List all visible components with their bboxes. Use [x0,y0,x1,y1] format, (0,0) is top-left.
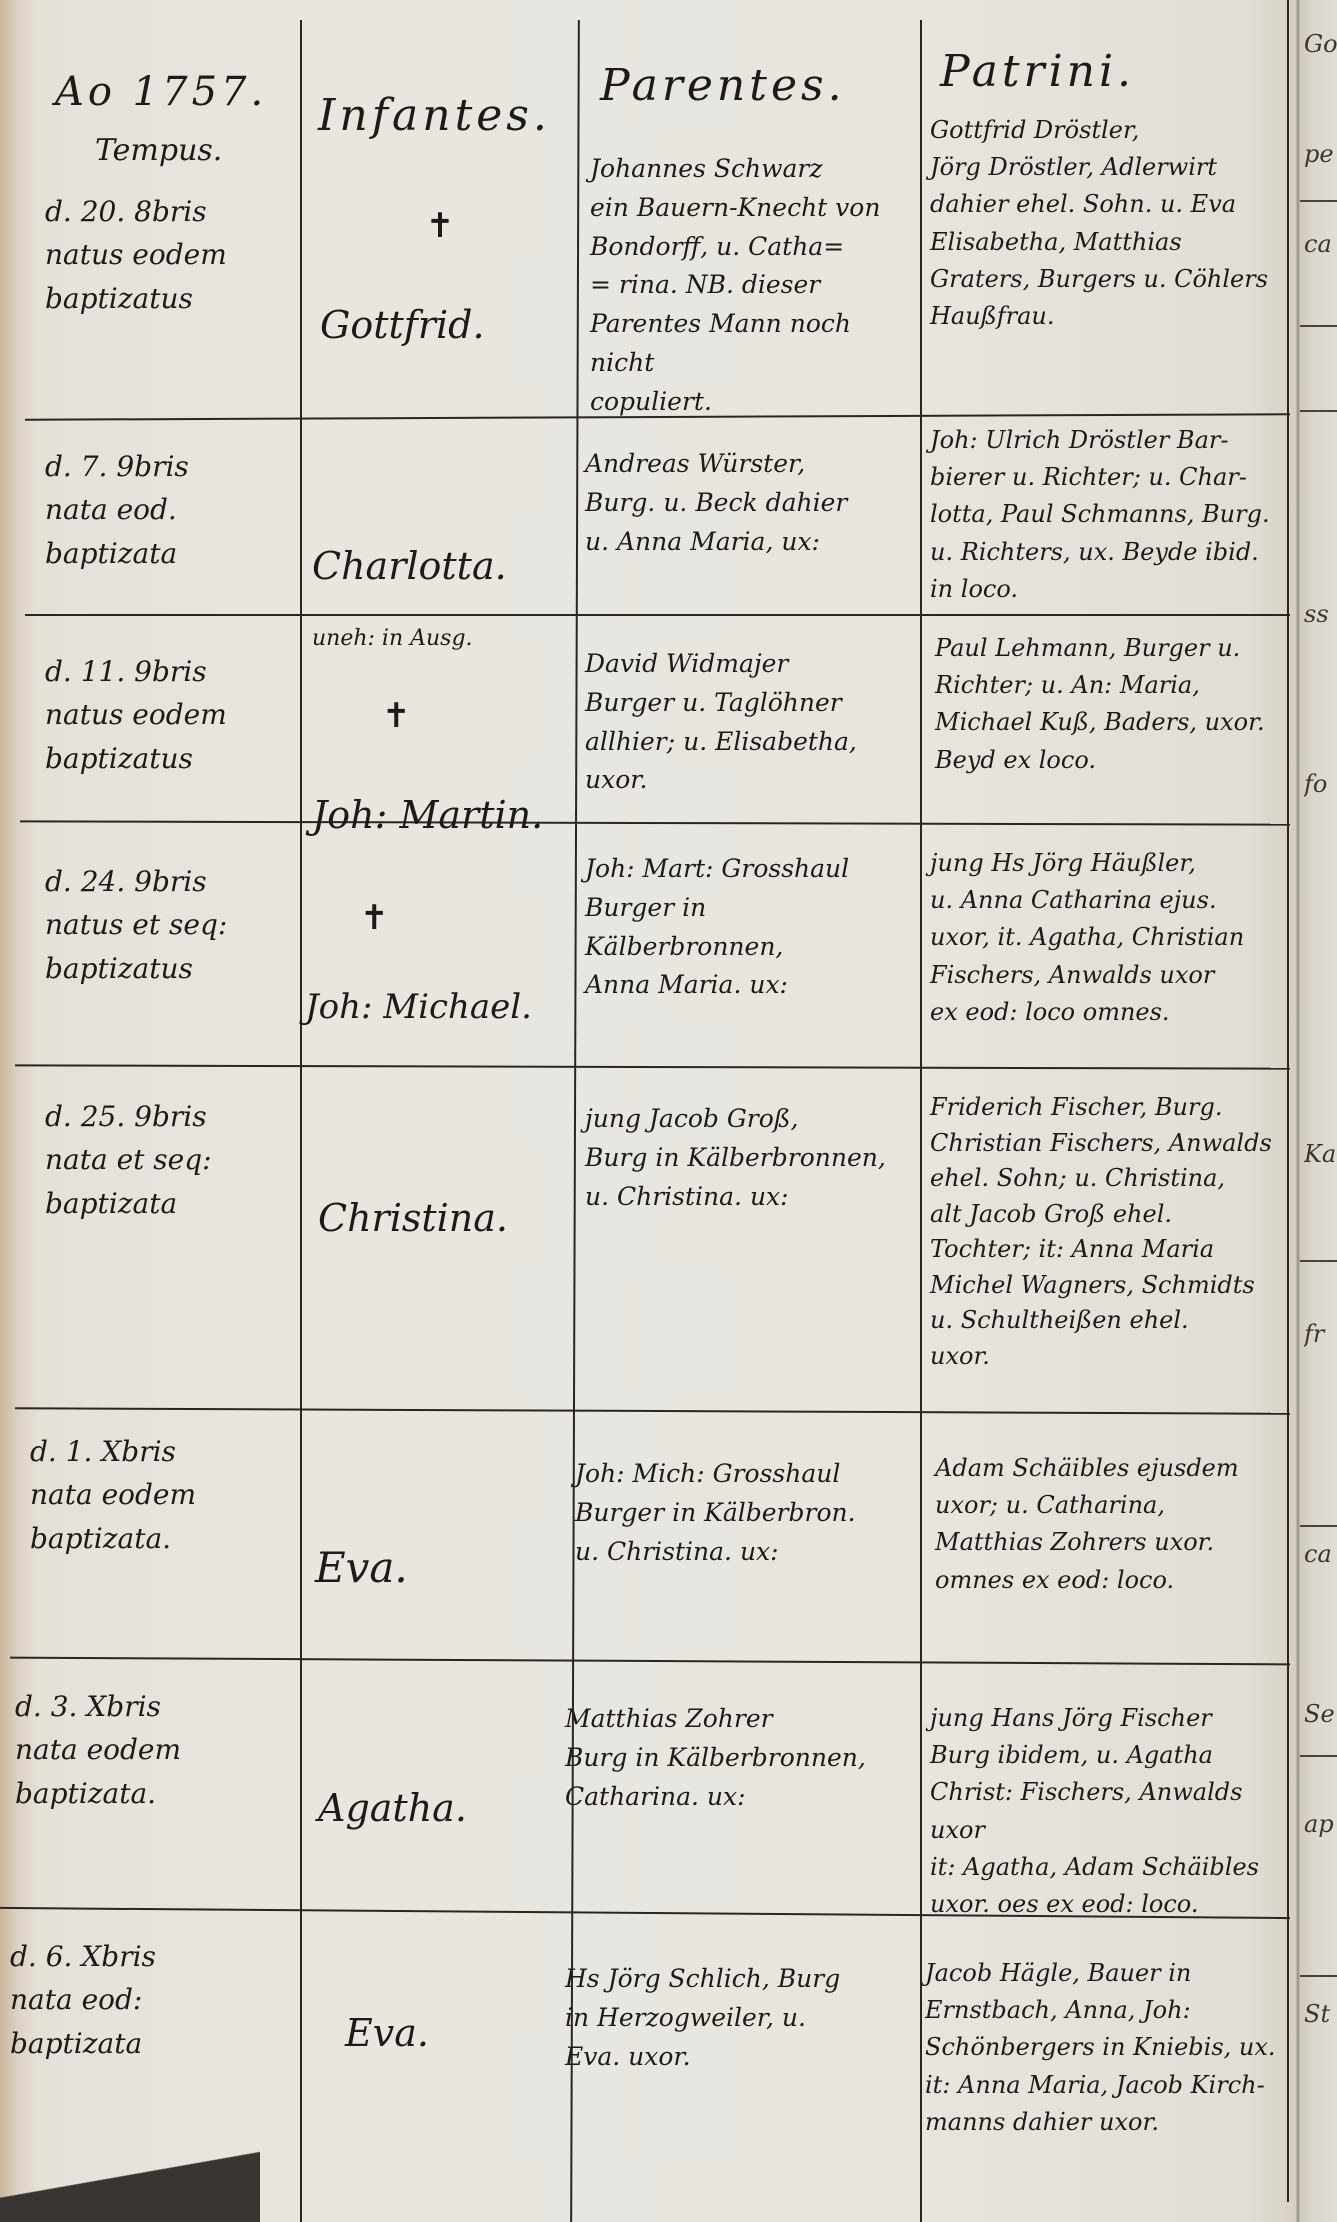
entry-7-date: d. 3. Xbris nata eodem baptizata. [15,1685,181,1815]
register-page: Ao 1757. Tempus. Infantes. Parentes. Pat… [0,0,1337,2222]
header-parentes: Parentes. [600,62,846,110]
entry-5-infant: Christina. [318,1130,568,1248]
column-rule-3 [920,20,922,2222]
entry-8-date: d. 6. Xbris nata eod: baptizata [10,1935,156,2065]
adjacent-page-fragment: ap [1304,1810,1337,1838]
adjacent-page-fragment: ss [1304,600,1337,628]
entry-8-infant-name: Eva. [345,2011,429,2055]
adjacent-page-fragment: Go [1304,30,1337,58]
entry-7-infant-name: Agatha. [318,1786,467,1830]
book-gutter [1296,0,1300,2222]
deceased-cross-icon: ✝ [320,209,560,243]
entry-6-infant: Eva. [315,1470,565,1600]
adjacent-page-fragment: ca [1304,230,1337,258]
adjacent-page-rule [1300,1525,1337,1527]
entry-5-date: d. 25. 9bris nata et seq: baptizata [45,1095,212,1225]
adjacent-page-rule [1300,200,1337,202]
adjacent-page-rule [1300,1975,1337,1977]
adjacent-page-fragment: ca [1304,1540,1337,1568]
entry-1-infant: ✝ Gottfrid. [320,150,560,355]
header-tempus: Tempus. [95,128,222,175]
entry-4-infant-name: Joh: Michael. [305,987,532,1027]
adjacent-page-rule [1300,1755,1337,1757]
entry-1-infant-name: Gottfrid. [320,303,485,347]
entry-3-date: d. 11. 9bris natus eodem baptizatus [45,650,227,780]
entry-2-date: d. 7. 9bris nata eod. baptizata [45,445,189,575]
entry-1-parents: Johannes Schwarz ein Bauern-Knecht von B… [590,150,910,421]
entry-6-infant-name: Eva. [315,1543,408,1592]
adjacent-page-rule [1300,410,1337,412]
adjacent-page-rule [1300,1260,1337,1262]
entry-7-godparents: jung Hans Jörg Fischer Burg ibidem, u. A… [930,1700,1280,1923]
entry-5-parents: jung Jacob Groß, Burg in Kälberbronnen, … [585,1100,905,1216]
row-rule-4 [15,1064,1290,1069]
row-rule-6 [10,1657,1290,1666]
entry-1-date: d. 20. 8bris natus eodem baptizatus [45,190,227,320]
entry-2-parents: Andreas Würster, Burg. u. Beck dahier u.… [585,445,905,561]
row-rule-3 [20,820,1290,825]
entry-6-parents: Joh: Mich: Grosshaul Burger in Kälberbro… [575,1455,905,1571]
entry-3-parents: David Widmajer Burger u. Taglöhner allhi… [585,645,905,800]
adjacent-page-rule [1300,325,1337,327]
entry-4-godparents: jung Hs Jörg Häußler, u. Anna Catharina … [930,845,1280,1031]
adjacent-page-fragment: pe [1304,140,1337,168]
entry-2-godparents: Joh: Ulrich Dröstler Bar- bierer u. Rich… [930,422,1280,608]
adjacent-page-fragment: fo [1304,770,1337,798]
entry-4-infant: ✝ Joh: Michael. [305,848,565,1034]
column-rule-1 [300,20,302,2222]
row-rule-2 [25,614,1290,616]
entry-6-godparents: Adam Schäibles ejusdem uxor; u. Catharin… [935,1450,1285,1599]
header-infantes: Infantes. [318,92,551,140]
entry-8-parents: Hs Jörg Schlich, Burg in Herzogweiler, u… [565,1960,905,2076]
entry-6-date: d. 1. Xbris nata eodem baptizata. [30,1430,196,1560]
entry-5-godparents: Friderich Fischer, Burg. Christian Fisch… [930,1090,1280,1374]
adjacent-page-fragment: Se [1304,1700,1337,1728]
entry-3-infant: ✝ Joh: Martin. [312,640,562,845]
header-year: Ao 1757. [55,70,267,114]
entry-8-infant: Eva. [345,1945,565,2063]
entry-7-parents: Matthias Zohrer Burg in Kälberbronnen, C… [565,1700,905,1816]
entry-1-godparents: Gottfrid Dröstler, Jörg Dröstler, Adlerw… [930,112,1280,335]
entry-2-infant-name: Charlotta. [312,544,507,588]
row-rule-5 [15,1407,1290,1415]
deceased-cross-icon: ✝ [312,699,562,733]
header-patrini: Patrini. [940,48,1135,96]
entry-4-date: d. 24. 9bris natus et seq: baptizatus [45,860,227,990]
entry-8-godparents: Jacob Hägle, Bauer in Ernstbach, Anna, J… [925,1955,1280,2141]
adjacent-page-fragment: Ka [1304,1140,1337,1168]
entry-5-infant-name: Christina. [318,1196,508,1240]
deceased-cross-icon: ✝ [305,901,565,935]
adjacent-page-fragment: St [1304,2000,1337,2028]
entry-4-parents: Joh: Mart: Grosshaul Burger in Kälberbro… [585,850,905,1005]
entry-7-infant: Agatha. [318,1720,568,1838]
column-rule-2 [570,20,580,2222]
entry-3-infant-name: Joh: Martin. [312,793,543,837]
column-rule-4 [1287,0,1289,2202]
entry-3-godparents: Paul Lehmann, Burger u. Richter; u. An: … [935,630,1285,779]
adjacent-page-fragment: fr [1304,1320,1337,1348]
